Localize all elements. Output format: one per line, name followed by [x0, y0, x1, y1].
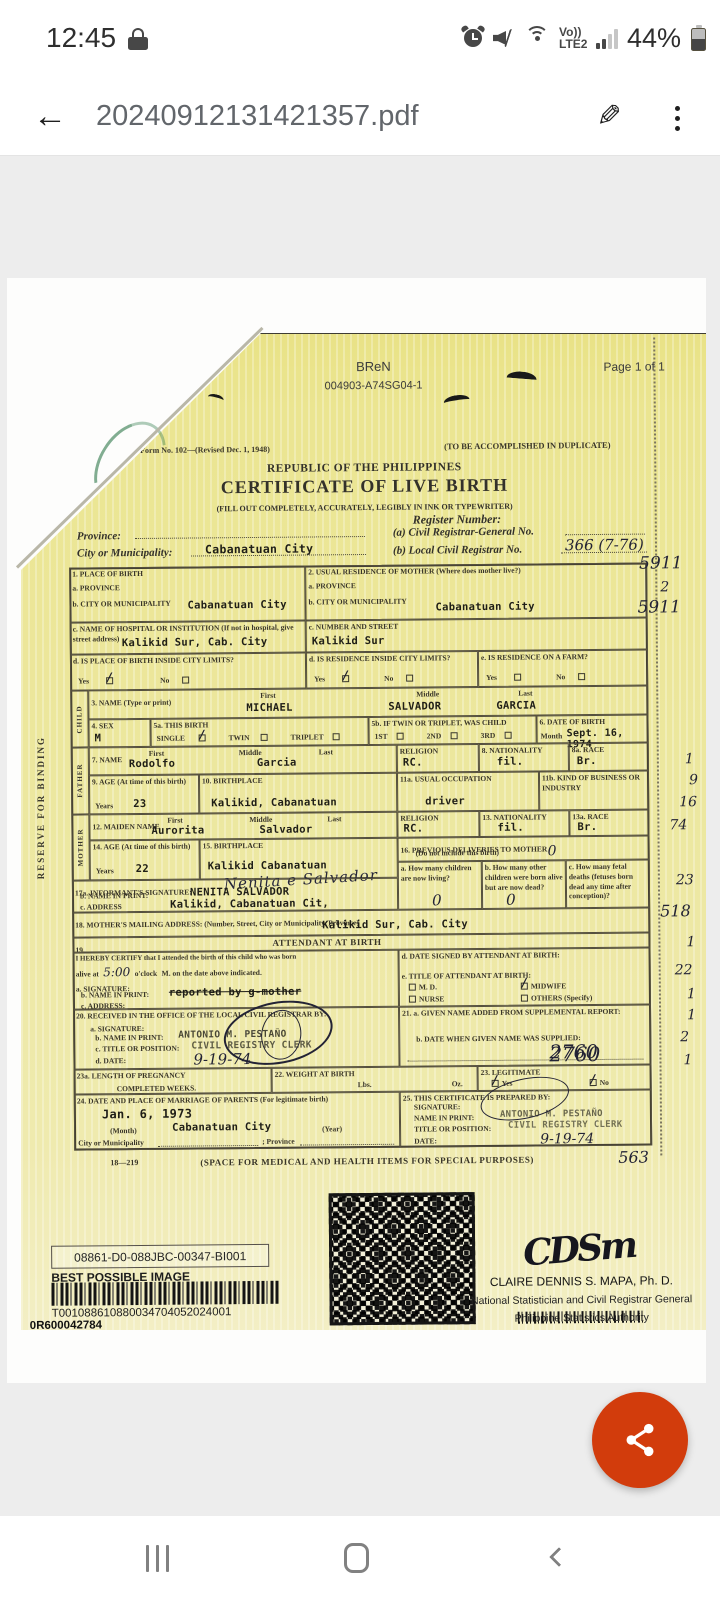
recents-button[interactable]	[146, 1545, 169, 1572]
margin-note: 2	[680, 1030, 689, 1044]
certificate-title: CERTIFICATE OF LIVE BIRTH	[221, 475, 508, 498]
margin-note: 22	[675, 963, 693, 977]
registrar-general-signature: CDSm	[522, 1224, 637, 1275]
document-page: BReN 004903-A74SG04-1 Page 1 of 1 Form N…	[7, 278, 706, 1383]
field-children-living: a. How many children are now living? 0	[398, 861, 482, 910]
margin-note: 2	[660, 580, 669, 594]
reserve-for-binding-label: RESERVE FOR BINDING	[33, 658, 49, 958]
battery-percent: 44%	[627, 23, 681, 54]
image-code-box: 08861-D0-088JBC-00347-BI001	[51, 1244, 269, 1269]
republic-heading: REPUBLIC OF THE PHILIPPINES	[267, 461, 462, 475]
margin-note: 1	[687, 1008, 696, 1022]
field-this-birth: 5a. THIS BIRTH SINGLE / TWIN TRIPLET	[150, 717, 368, 747]
decorative-border	[653, 337, 662, 1155]
city-label: City or Municipality:	[77, 547, 172, 561]
field-mother-race: 13a. RACE Br.	[569, 810, 649, 837]
field-attendant-certify: I HEREBY CERTIFY that I attended the bir…	[73, 950, 399, 1010]
registrar-general-title: National Statistician and Civil Registra…	[471, 1293, 692, 1307]
field-usual-residence: 2. USUAL RESIDENCE OF MOTHER (Where does…	[305, 563, 647, 621]
field-father-name: 7. NAME First Middle Last Rodolfo Garcia	[89, 745, 397, 776]
back-button[interactable]: ←	[26, 94, 74, 138]
wifi-icon	[524, 26, 550, 50]
page-number: Page 1 of 1	[603, 359, 665, 374]
lcr-label: (b) Local Civil Registrar No.	[393, 544, 522, 558]
field-hospital: c. NAME OF HOSPITAL OR INSTITUTION (If n…	[70, 621, 306, 655]
or-number: 0R600042784	[30, 1319, 102, 1332]
clock: 12:45	[46, 22, 116, 54]
field-twin-order: 5b. IF TWIN OR TRIPLET, WAS CHILD 1ST 2N…	[368, 716, 536, 745]
field-prepared-by: 25. THIS CERTIFICATE IS PREPARED BY: SIG…	[400, 1090, 652, 1148]
field-mother-birthplace: 15. BIRTHPLACE Kalikid Cabanatuan Nenita…	[200, 838, 398, 880]
lock-icon	[128, 28, 148, 50]
margin-note: 74	[669, 818, 687, 832]
field-father-birthplace: 10. BIRTHPLACE Kalikid, Cabanatuan	[199, 773, 397, 814]
barcode	[51, 1281, 279, 1306]
field-number-street: c. NUMBER AND STREET Kalikid Sur	[306, 618, 648, 653]
margin-note: 5911	[639, 555, 682, 572]
status-icons: Vo)) LTE2 44%	[462, 20, 706, 56]
volte-indicator: Vo)) LTE2	[559, 26, 587, 50]
field-fetal-deaths: c. How many fetal deaths (fetuses born d…	[566, 860, 650, 909]
margin-note: 518	[660, 903, 691, 919]
registrar-general-name: CLAIRE DENNIS S. MAPA, Ph. D.	[490, 1273, 673, 1289]
field-father-business: 11b. KIND OF BUSINESS OR INDUSTRY	[539, 771, 649, 811]
field-father-race: 8a. RACE Br.	[569, 743, 649, 772]
margin-note: 563	[618, 1150, 649, 1166]
field-children-dead: b. How many other children were born ali…	[482, 860, 566, 909]
register-heading: Register Number:	[413, 512, 501, 527]
field-mother-religion: RELIGION RC.	[397, 811, 479, 838]
duplicate-note: (TO BE ACCOMPLISHED IN DUPLICATE)	[444, 440, 610, 452]
signal-icon	[596, 27, 618, 49]
status-bar: 12:45 Vo)) LTE2 44%	[0, 0, 720, 76]
field-attendant-title: d. DATE SIGNED BY ATTENDANT AT BIRTH: e.…	[398, 948, 650, 1007]
edit-pencil-button[interactable]: ✎	[584, 92, 634, 140]
field-birth-weight: 22. WEIGHT AT BIRTH Lbs. Oz.	[272, 1066, 478, 1093]
barcode-number: T001088610880034704052024001	[52, 1306, 232, 1320]
field-mother-nationality: 13. NATIONALITY fil.	[479, 810, 569, 837]
field-pregnancy-length: 23a. LENGTH OF PREGNANCY COMPLETED WEEKS…	[74, 1068, 272, 1095]
band-mother: MOTHER	[71, 814, 90, 880]
band-child: CHILD	[70, 690, 88, 747]
margin-note: 16	[679, 795, 697, 809]
field-mother-age: 14. AGE (At time of this birth) Years 22	[90, 839, 200, 880]
share-fab[interactable]	[592, 1392, 688, 1488]
alarm-icon	[462, 27, 484, 49]
margin-note: 1	[687, 987, 696, 1001]
share-icon	[619, 1419, 661, 1461]
android-screen: 12:45 Vo)) LTE2 44% ← 20240912131421357.…	[0, 0, 720, 1600]
field-residence-farm: e. IS RESIDENCE ON A FARM? Yes No	[478, 650, 648, 687]
field-residence-city-limits: d. IS RESIDENCE INSIDE CITY LIMITS? Yes …	[306, 651, 478, 688]
form-code: 18—219	[110, 1158, 138, 1169]
band-father: FATHER	[71, 747, 90, 814]
field-father-occupation: 11a. USUAL OCCUPATION driver	[397, 771, 539, 811]
margin-note: 1	[686, 935, 695, 949]
margin-note: 23	[676, 873, 694, 887]
field-father-age: 9. AGE (At time of this birth) Years 23	[89, 774, 199, 814]
pdf-viewer[interactable]: BReN 004903-A74SG04-1 Page 1 of 1 Form N…	[0, 157, 720, 1516]
crg-label: (a) Civil Registrar-General No.	[393, 526, 534, 540]
home-button[interactable]	[344, 1543, 369, 1573]
field-previous-deliveries: 16. PREVIOUS DELIVERIES TO MOTHER (Do no…	[398, 836, 650, 862]
overflow-menu-button[interactable]	[662, 98, 692, 138]
qr-code	[329, 1192, 476, 1325]
margin-note: 9	[689, 773, 698, 787]
field-given-name-added: 21. a. GIVEN NAME ADDED FROM SUPPLEMENTA…	[399, 1005, 652, 1067]
small-barcode	[518, 1311, 644, 1324]
app-bar: ← 20240912131421357.pdf ✎	[0, 76, 720, 156]
field-mother-name: 12. MAIDEN NAME First Middle Last Aurori…	[89, 812, 397, 841]
ink-smudge	[207, 393, 224, 405]
field-birth-city-limits: d. IS PLACE OF BIRTH INSIDE CITY LIMITS?…	[70, 653, 306, 691]
nav-back-button[interactable]	[544, 1543, 574, 1573]
field-received-by: 20. RECEIVED IN THE OFFICE OF THE LOCAL …	[73, 1007, 400, 1070]
field-informant: 17a. INFORMANT'S SIGNATURE: b. NAME IN P…	[72, 878, 398, 913]
ink-smudge	[443, 393, 470, 409]
margin-note: 5911	[637, 599, 680, 616]
field-place-of-birth: 1. PLACE OF BIRTH a. PROVINCE b. CITY OR…	[69, 566, 305, 623]
navigation-bar	[0, 1516, 720, 1600]
field-father-religion: RELIGION RC.	[397, 744, 479, 773]
margin-note: 1	[685, 752, 694, 766]
bren-code: 004903-A74SG04-1	[325, 380, 423, 393]
medical-space-note: (SPACE FOR MEDICAL AND HEALTH ITEMS FOR …	[200, 1155, 534, 1170]
ink-smudge	[506, 370, 537, 386]
bren-label: BReN	[356, 359, 391, 374]
field-sex: 4. SEX M	[88, 719, 150, 748]
vibrate-icon	[493, 28, 515, 48]
margin-note: 1	[683, 1053, 692, 1067]
battery-icon	[691, 25, 706, 51]
field-marriage-of-parents: 24. DATE AND PLACE OF MARRIAGE OF PARENT…	[74, 1092, 400, 1151]
province-label: Province:	[77, 530, 121, 544]
field-father-nationality: 8. NATIONALITY fil.	[479, 743, 569, 772]
document-title: 20240912131421357.pdf	[96, 94, 536, 138]
margin-note: 2760	[549, 1044, 600, 1064]
field-date-of-birth: 6. DATE OF BIRTH Month Sept. 16, 1974	[536, 715, 648, 744]
